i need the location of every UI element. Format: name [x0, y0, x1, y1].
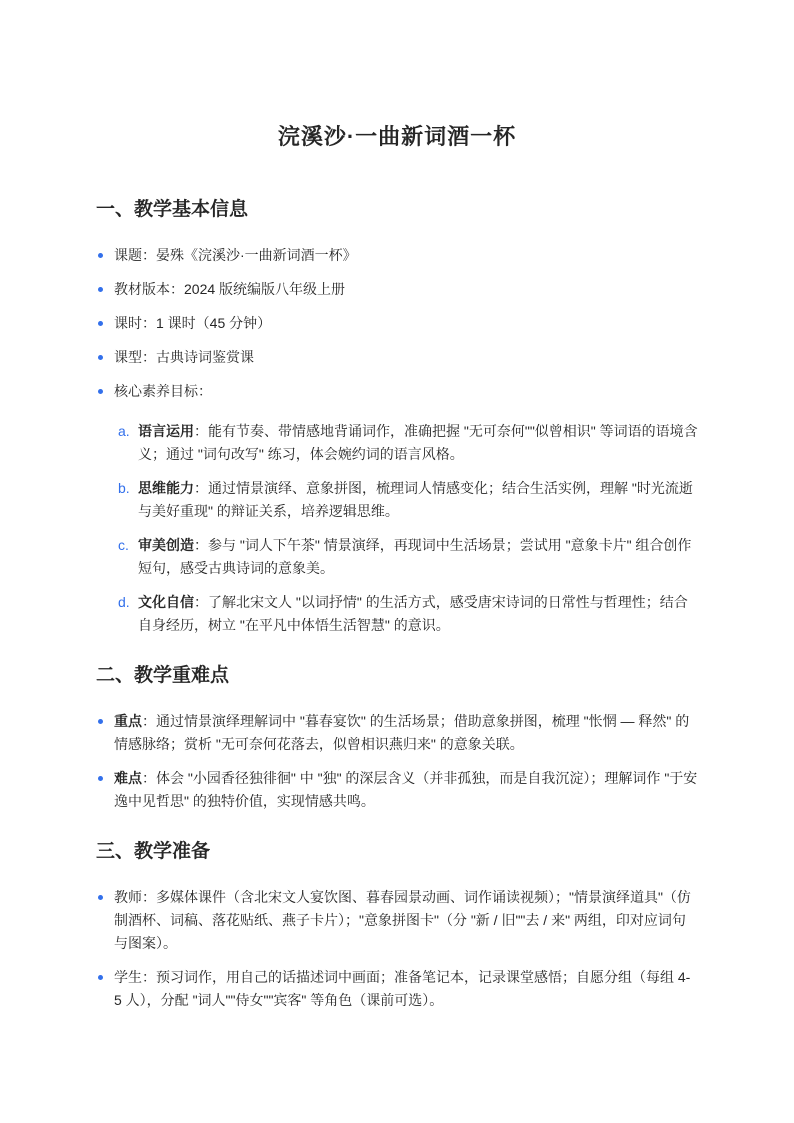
item-label: 文化自信 [138, 594, 194, 610]
document-title: 浣溪沙·一曲新词酒一杯 [96, 122, 698, 152]
item-label: 审美创造 [138, 537, 194, 553]
bullet-icon [98, 719, 103, 724]
list-item-text: 课题：晏殊《浣溪沙·一曲新词酒一杯》 [114, 247, 357, 263]
list-item: 教材版本：2024 版统编版八年级上册 [96, 278, 698, 301]
list-marker: b. [118, 477, 130, 500]
core-goals-list: a. 语言运用：能有节奏、带情感地背诵词作，准确把握 "无可奈何""似曾相识" … [118, 420, 698, 637]
list-item-text: 课型：古典诗词鉴赏课 [114, 349, 254, 365]
list-item-text: 学生：预习词作，用自己的话描述词中画面；准备笔记本，记录课堂感悟；自愿分组（每组… [114, 969, 690, 1008]
list-item-text: 核心素养目标： [114, 383, 212, 399]
bullet-icon [98, 389, 103, 394]
list-item-text: 重点：通过情景演绎理解词中 "暮春宴饮" 的生活场景；借助意象拼图，梳理 "怅惘… [114, 713, 689, 752]
item-text: ：体会 "小园香径独徘徊" 中 "独" 的深层含义（并非孤独，而是自我沉淀）；理… [114, 770, 697, 809]
bullet-icon [98, 895, 103, 900]
list-item-text: 审美创造：参与 "词人下午茶" 情景演绎，再现词中生活场景；尝试用 "意象卡片"… [138, 537, 691, 576]
list-item-text: 语言运用：能有节奏、带情感地背诵词作，准确把握 "无可奈何""似曾相识" 等词语… [138, 423, 698, 462]
section-basic-info: 一、教学基本信息 课题：晏殊《浣溪沙·一曲新词酒一杯》 教材版本：2024 版统… [96, 197, 698, 637]
item-text: ：通过情景演绎理解词中 "暮春宴饮" 的生活场景；借助意象拼图，梳理 "怅惘 —… [114, 713, 689, 752]
list-item-text: 文化自信：了解北宋文人 "以词抒情" 的生活方式，感受唐宋诗词的日常性与哲理性；… [138, 594, 688, 633]
list-marker: a. [118, 420, 130, 443]
list-item-text: 教材版本：2024 版统编版八年级上册 [114, 281, 345, 297]
key-points-list: 重点：通过情景演绎理解词中 "暮春宴饮" 的生活场景；借助意象拼图，梳理 "怅惘… [96, 710, 698, 813]
item-text: ：能有节奏、带情感地背诵词作，准确把握 "无可奈何""似曾相识" 等词语的语境含… [138, 423, 698, 462]
section-basic-info-heading: 一、教学基本信息 [96, 197, 698, 223]
list-item: 难点：体会 "小园香径独徘徊" 中 "独" 的深层含义（并非孤独，而是自我沉淀）… [96, 767, 698, 813]
item-label: 思维能力 [138, 480, 194, 496]
section-preparation: 三、教学准备 教师：多媒体课件（含北宋文人宴饮图、暮春园景动画、词作诵读视频）；… [96, 839, 698, 1012]
list-item: a. 语言运用：能有节奏、带情感地背诵词作，准确把握 "无可奈何""似曾相识" … [118, 420, 698, 466]
list-marker: d. [118, 591, 130, 614]
list-item: c. 审美创造：参与 "词人下午茶" 情景演绎，再现词中生活场景；尝试用 "意象… [118, 534, 698, 580]
item-label: 重点 [114, 713, 142, 729]
section-key-points: 二、教学重难点 重点：通过情景演绎理解词中 "暮春宴饮" 的生活场景；借助意象拼… [96, 663, 698, 813]
list-item-text: 难点：体会 "小园香径独徘徊" 中 "独" 的深层含义（并非孤独，而是自我沉淀）… [114, 770, 697, 809]
list-item: b. 思维能力：通过情景演绎、意象拼图，梳理词人情感变化；结合生活实例，理解 "… [118, 477, 698, 523]
preparation-list: 教师：多媒体课件（含北宋文人宴饮图、暮春园景动画、词作诵读视频）；"情景演绎道具… [96, 886, 698, 1012]
bullet-icon [98, 776, 103, 781]
list-item-text: 教师：多媒体课件（含北宋文人宴饮图、暮春园景动画、词作诵读视频）；"情景演绎道具… [114, 889, 691, 951]
list-item: 课题：晏殊《浣溪沙·一曲新词酒一杯》 [96, 244, 698, 267]
item-label: 难点 [114, 770, 142, 786]
list-item-text: 课时：1 课时（45 分钟） [114, 315, 271, 331]
list-item: 课型：古典诗词鉴赏课 [96, 346, 698, 369]
list-marker: c. [118, 534, 129, 557]
section-key-points-heading: 二、教学重难点 [96, 663, 698, 689]
section-preparation-heading: 三、教学准备 [96, 839, 698, 865]
bullet-icon [98, 975, 103, 980]
list-item: 学生：预习词作，用自己的话描述词中画面；准备笔记本，记录课堂感悟；自愿分组（每组… [96, 966, 698, 1012]
basic-info-list: 课题：晏殊《浣溪沙·一曲新词酒一杯》 教材版本：2024 版统编版八年级上册 课… [96, 244, 698, 403]
list-item: 重点：通过情景演绎理解词中 "暮春宴饮" 的生活场景；借助意象拼图，梳理 "怅惘… [96, 710, 698, 756]
bullet-icon [98, 253, 103, 258]
list-item: 核心素养目标： [96, 380, 698, 403]
bullet-icon [98, 287, 103, 292]
list-item: 教师：多媒体课件（含北宋文人宴饮图、暮春园景动画、词作诵读视频）；"情景演绎道具… [96, 886, 698, 955]
item-text: ：参与 "词人下午茶" 情景演绎，再现词中生活场景；尝试用 "意象卡片" 组合创… [138, 537, 691, 576]
document-page: 浣溪沙·一曲新词酒一杯 一、教学基本信息 课题：晏殊《浣溪沙·一曲新词酒一杯》 … [0, 0, 794, 1123]
item-text: ：了解北宋文人 "以词抒情" 的生活方式，感受唐宋诗词的日常性与哲理性；结合自身… [138, 594, 688, 633]
bullet-icon [98, 321, 103, 326]
bullet-icon [98, 355, 103, 360]
item-label: 语言运用 [138, 423, 194, 439]
list-item: 课时：1 课时（45 分钟） [96, 312, 698, 335]
list-item: d. 文化自信：了解北宋文人 "以词抒情" 的生活方式，感受唐宋诗词的日常性与哲… [118, 591, 698, 637]
item-text: ：通过情景演绎、意象拼图，梳理词人情感变化；结合生活实例，理解 "时光流逝与美好… [138, 480, 693, 519]
list-item-text: 思维能力：通过情景演绎、意象拼图，梳理词人情感变化；结合生活实例，理解 "时光流… [138, 480, 693, 519]
